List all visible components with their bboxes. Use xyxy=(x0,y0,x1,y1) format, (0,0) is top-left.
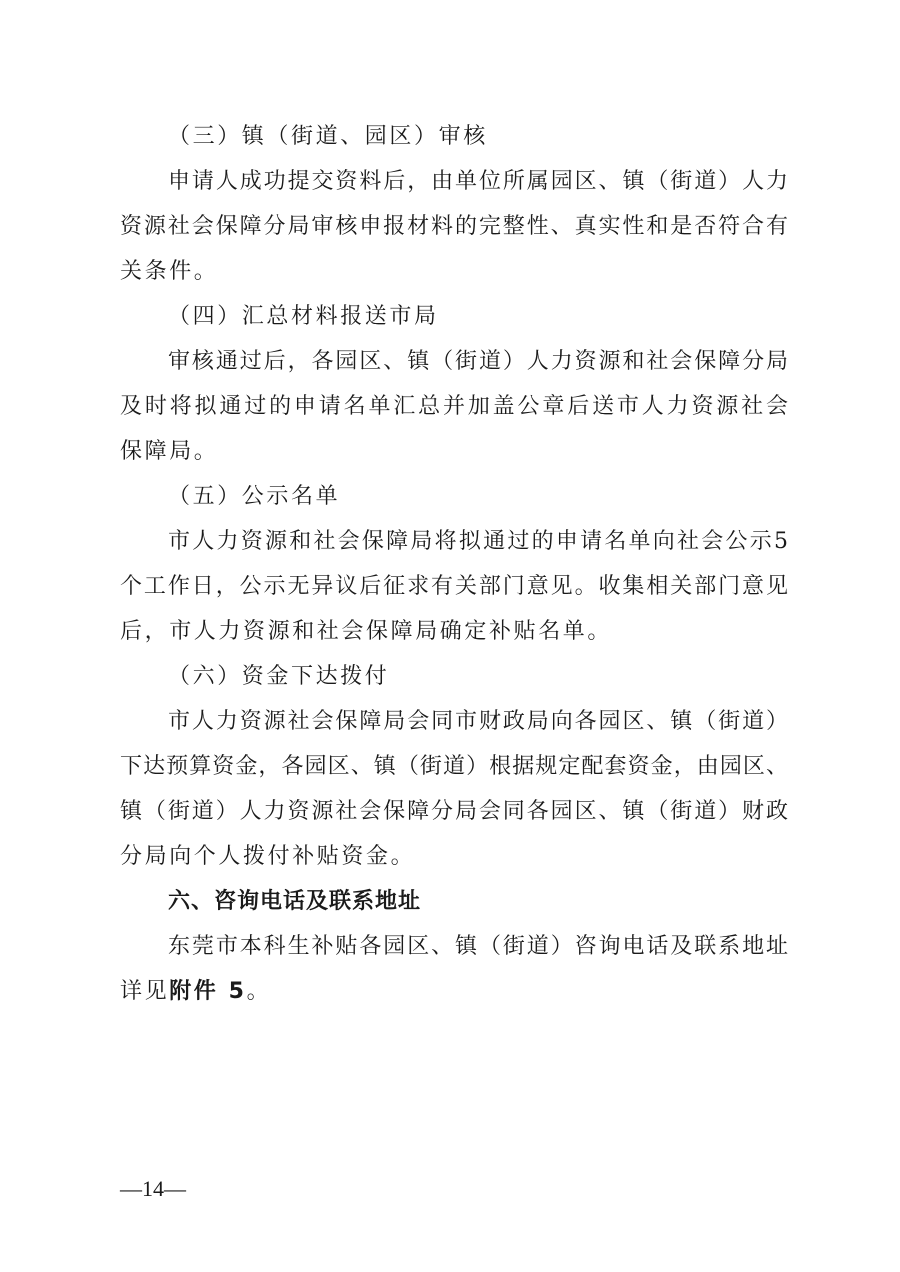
paragraph-line: 关条件。 xyxy=(120,249,788,294)
section-heading-6: （六）资金下达拨付 xyxy=(120,654,788,699)
attachment-reference: 附件 5 xyxy=(169,979,246,1004)
paragraph-line: 保障局。 xyxy=(120,429,788,474)
section-heading-3: （三）镇（街道、园区）审核 xyxy=(120,114,788,159)
section-heading-5: （五）公示名单 xyxy=(120,474,788,519)
page-number: —14— xyxy=(120,1176,186,1202)
paragraph-line: 东莞市本科生补贴各园区、镇（街道）咨询电话及联系地址 xyxy=(120,924,788,969)
paragraph-line: 审核通过后，各园区、镇（街道）人力资源和社会保障分局 xyxy=(120,339,788,384)
paragraph-line: 详见附件 5。 xyxy=(120,969,788,1014)
paragraph-line: 市人力资源社会保障局会同市财政局向各园区、镇（街道） xyxy=(120,699,788,744)
chapter-heading: 六、咨询电话及联系地址 xyxy=(120,879,788,924)
paragraph-line: 市人力资源和社会保障局将拟通过的申请名单向社会公示5 xyxy=(120,519,788,564)
paragraph-line: 后，市人力资源和社会保障局确定补贴名单。 xyxy=(120,609,788,654)
paragraph-line: 申请人成功提交资料后，由单位所属园区、镇（街道）人力 xyxy=(120,159,788,204)
paragraph-line: 镇（街道）人力资源社会保障分局会同各园区、镇（街道）财政 xyxy=(120,789,788,834)
text: 详见 xyxy=(120,979,169,1004)
paragraph-line: 下达预算资金，各园区、镇（街道）根据规定配套资金，由园区、 xyxy=(120,744,788,789)
paragraph-line: 及时将拟通过的申请名单汇总并加盖公章后送市人力资源社会 xyxy=(120,384,788,429)
text: 。 xyxy=(247,979,272,1004)
paragraph-line: 资源社会保障分局审核申报材料的完整性、真实性和是否符合有 xyxy=(120,204,788,249)
section-heading-4: （四）汇总材料报送市局 xyxy=(120,294,788,339)
paragraph-line: 个工作日，公示无异议后征求有关部门意见。收集相关部门意见 xyxy=(120,564,788,609)
document-body: （三）镇（街道、园区）审核 申请人成功提交资料后，由单位所属园区、镇（街道）人力… xyxy=(120,114,788,1014)
paragraph-line: 分局向个人拨付补贴资金。 xyxy=(120,834,788,879)
